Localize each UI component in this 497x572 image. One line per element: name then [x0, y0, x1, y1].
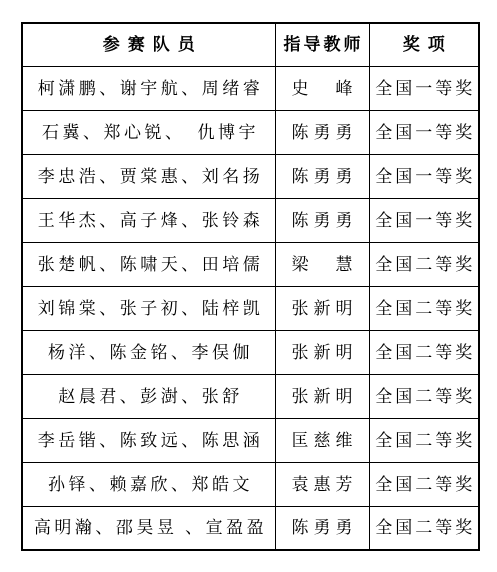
members-cell: 王华杰、高子烽、张铃森	[22, 198, 275, 242]
teacher-cell: 袁惠芳	[275, 462, 369, 506]
award-cell: 全国二等奖	[369, 418, 479, 462]
header-row: 参赛队员 指导教师 奖项	[22, 23, 479, 66]
teacher-cell: 陈勇勇	[275, 198, 369, 242]
table-row: 李忠浩、贾棠惠、刘名扬 陈勇勇 全国一等奖	[22, 154, 479, 198]
header-members: 参赛队员	[22, 23, 275, 66]
members-cell: 柯潇鹏、谢宇航、周绪睿	[22, 66, 275, 110]
members-cell: 高明瀚、邵昊昱 、宣盈盈	[22, 506, 275, 550]
members-cell: 李岳锴、陈致远、陈思涵	[22, 418, 275, 462]
award-cell: 全国二等奖	[369, 330, 479, 374]
award-cell: 全国一等奖	[369, 110, 479, 154]
table-row: 石冀、郑心锐、 仇博宇 陈勇勇 全国一等奖	[22, 110, 479, 154]
award-cell: 全国一等奖	[369, 66, 479, 110]
teacher-cell: 张新明	[275, 286, 369, 330]
members-cell: 石冀、郑心锐、 仇博宇	[22, 110, 275, 154]
award-cell: 全国二等奖	[369, 286, 479, 330]
table-row: 赵晨君、彭澍、张舒 张新明 全国二等奖	[22, 374, 479, 418]
table-body: 柯潇鹏、谢宇航、周绪睿 史 峰 全国一等奖 石冀、郑心锐、 仇博宇 陈勇勇 全国…	[22, 66, 479, 550]
award-cell: 全国二等奖	[369, 242, 479, 286]
table-row: 张楚帆、陈啸天、田培儒 梁 慧 全国二等奖	[22, 242, 479, 286]
teacher-cell: 陈勇勇	[275, 154, 369, 198]
teacher-cell: 张新明	[275, 374, 369, 418]
teacher-cell: 陈勇勇	[275, 110, 369, 154]
award-cell: 全国二等奖	[369, 462, 479, 506]
members-cell: 孙铎、赖嘉欣、郑皓文	[22, 462, 275, 506]
members-cell: 张楚帆、陈啸天、田培儒	[22, 242, 275, 286]
award-cell: 全国二等奖	[369, 374, 479, 418]
teacher-cell: 张新明	[275, 330, 369, 374]
members-cell: 杨洋、陈金铭、李俣伽	[22, 330, 275, 374]
table-row: 柯潇鹏、谢宇航、周绪睿 史 峰 全国一等奖	[22, 66, 479, 110]
table-row: 杨洋、陈金铭、李俣伽 张新明 全国二等奖	[22, 330, 479, 374]
teacher-cell: 匡慈维	[275, 418, 369, 462]
table-row: 孙铎、赖嘉欣、郑皓文 袁惠芳 全国二等奖	[22, 462, 479, 506]
table-row: 王华杰、高子烽、张铃森 陈勇勇 全国一等奖	[22, 198, 479, 242]
teacher-cell: 梁 慧	[275, 242, 369, 286]
table-row: 刘锦棠、张子初、陆梓凯 张新明 全国二等奖	[22, 286, 479, 330]
teacher-cell: 史 峰	[275, 66, 369, 110]
header-teacher: 指导教师	[275, 23, 369, 66]
teacher-cell: 陈勇勇	[275, 506, 369, 550]
table-row: 高明瀚、邵昊昱 、宣盈盈 陈勇勇 全国二等奖	[22, 506, 479, 550]
header-award: 奖项	[369, 23, 479, 66]
table-row: 李岳锴、陈致远、陈思涵 匡慈维 全国二等奖	[22, 418, 479, 462]
award-cell: 全国一等奖	[369, 198, 479, 242]
table-header: 参赛队员 指导教师 奖项	[22, 23, 479, 66]
members-cell: 李忠浩、贾棠惠、刘名扬	[22, 154, 275, 198]
award-table-wrapper: 参赛队员 指导教师 奖项 柯潇鹏、谢宇航、周绪睿 史 峰 全国一等奖 石冀、郑心…	[21, 22, 480, 551]
award-cell: 全国一等奖	[369, 154, 479, 198]
members-cell: 刘锦棠、张子初、陆梓凯	[22, 286, 275, 330]
competition-results-table: 参赛队员 指导教师 奖项 柯潇鹏、谢宇航、周绪睿 史 峰 全国一等奖 石冀、郑心…	[21, 22, 480, 551]
members-cell: 赵晨君、彭澍、张舒	[22, 374, 275, 418]
award-cell: 全国二等奖	[369, 506, 479, 550]
